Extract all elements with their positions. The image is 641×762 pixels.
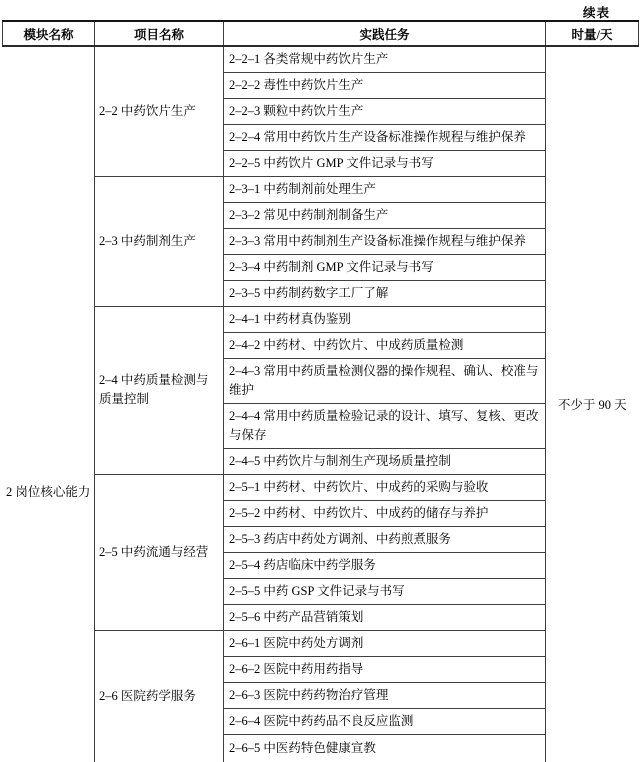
task-cell: 2–4–3 常用中药质量检测仪器的操作规程、确认、校准与维护 <box>224 358 546 403</box>
task-cell: 2–5–6 中药产品营销策划 <box>224 604 546 630</box>
header-practice-task: 实践任务 <box>224 21 546 46</box>
training-schedule-table: 模块名称 项目名称 实践任务 时量/天 2 岗位核心能力 2–2 中药饮片生产 … <box>2 20 639 762</box>
task-cell: 2–2–1 各类常规中药饮片生产 <box>224 46 546 72</box>
task-cell: 2–5–2 中药材、中药饮片、中成药的储存与养护 <box>224 500 546 526</box>
header-duration: 时量/天 <box>546 21 639 46</box>
project-cell: 2–5 中药流通与经营 <box>95 474 224 630</box>
task-cell: 2–2–5 中药饮片 GMP 文件记录与书写 <box>224 150 546 176</box>
header-module-name: 模块名称 <box>3 21 95 46</box>
task-cell: 2–6–4 医院中药药品不良反应监测 <box>224 708 546 734</box>
task-cell: 2–3–3 常用中药制剂生产设备标准操作规程与维护保养 <box>224 228 546 254</box>
table-row: 2 岗位核心能力 2–2 中药饮片生产 2–2–1 各类常规中药饮片生产 不少于… <box>3 46 639 72</box>
module-cell: 2 岗位核心能力 <box>3 46 95 762</box>
duration-cell: 不少于 90 天 <box>546 46 639 762</box>
task-cell: 2–2–3 颗粒中药饮片生产 <box>224 98 546 124</box>
duration-label: 不少于 90 天 <box>558 398 627 412</box>
header-row: 模块名称 项目名称 实践任务 时量/天 <box>3 21 639 46</box>
task-cell: 2–6–1 医院中药处方调剂 <box>224 630 546 656</box>
task-cell: 2–4–2 中药材、中药饮片、中成药质量检测 <box>224 332 546 358</box>
task-cell: 2–5–5 中药 GSP 文件记录与书写 <box>224 578 546 604</box>
project-cell: 2–6 医院药学服务 <box>95 630 224 762</box>
task-cell: 2–5–1 中药材、中药饮片、中成药的采购与验收 <box>224 474 546 500</box>
task-cell: 2–6–3 医院中药药物治疗管理 <box>224 682 546 708</box>
continued-table-label: 续表 <box>583 3 610 21</box>
task-cell: 2–2–2 毒性中药饮片生产 <box>224 72 546 98</box>
project-cell: 2–4 中药质量检测与质量控制 <box>95 306 224 474</box>
task-cell: 2–3–5 中药制药数字工厂了解 <box>224 280 546 306</box>
task-cell: 2–2–4 常用中药饮片生产设备标准操作规程与维护保养 <box>224 124 546 150</box>
header-project-name: 项目名称 <box>95 21 224 46</box>
task-cell: 2–4–1 中药材真伪鉴别 <box>224 306 546 332</box>
table-row: 2–3 中药制剂生产 2–3–1 中药制剂前处理生产 <box>3 176 639 202</box>
task-cell: 2–3–2 常见中药制剂制备生产 <box>224 202 546 228</box>
project-cell: 2–2 中药饮片生产 <box>95 46 224 176</box>
task-cell: 2–6–5 中医药特色健康宣教 <box>224 734 546 762</box>
task-cell: 2–6–2 医院中药用药指导 <box>224 656 546 682</box>
project-cell: 2–3 中药制剂生产 <box>95 176 224 306</box>
task-cell: 2–4–4 常用中药质量检验记录的设计、填写、复核、更改与保存 <box>224 403 546 448</box>
task-cell: 2–5–4 药店临床中药学服务 <box>224 552 546 578</box>
module-name-label: 2 岗位核心能力 <box>5 483 93 502</box>
table-row: 2–4 中药质量检测与质量控制 2–4–1 中药材真伪鉴别 <box>3 306 639 332</box>
table-row: 2–5 中药流通与经营 2–5–1 中药材、中药饮片、中成药的采购与验收 <box>3 474 639 500</box>
task-cell: 2–4–5 中药饮片与制剂生产现场质量控制 <box>224 448 546 474</box>
task-cell: 2–3–1 中药制剂前处理生产 <box>224 176 546 202</box>
table-row: 2–6 医院药学服务 2–6–1 医院中药处方调剂 <box>3 630 639 656</box>
document-page: 续表 模块名称 项目名称 实践任务 时量/天 2 岗位核心能力 2–2 中药饮片… <box>0 0 641 762</box>
task-cell: 2–5–3 药店中药处方调剂、中药煎煮服务 <box>224 526 546 552</box>
task-cell: 2–3–4 中药制剂 GMP 文件记录与书写 <box>224 254 546 280</box>
